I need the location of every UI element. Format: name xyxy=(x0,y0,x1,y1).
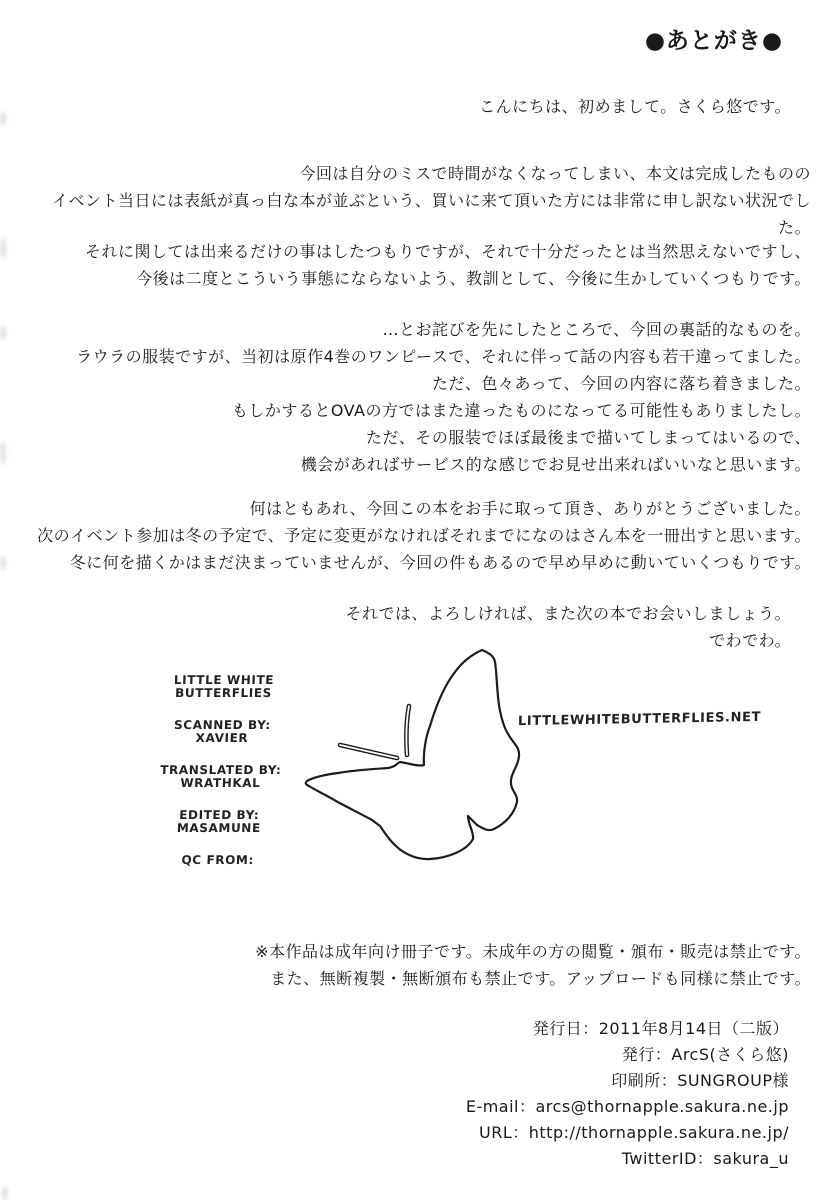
afterword-paragraph: 今回は自分のミスで時間がなくなってしまい、本文は完成したものの イベント当日には… xyxy=(36,160,811,241)
afterword-line: ただ、その服装でほぼ最後まで描いてしまってはいるので、 xyxy=(36,424,811,451)
credit-group-line: BUTTERFLIES xyxy=(151,687,296,700)
credit-scanned: SCANNED BY: XAVIER xyxy=(149,719,295,745)
butterfly-outline xyxy=(306,650,519,859)
afterword-line: ラウラの服装ですが、当初は原作4巻のワンピースで、それに伴って話の内容も若干違っ… xyxy=(36,343,811,370)
butterfly-antenna-inner xyxy=(340,745,397,758)
afterword-page: ●あとがき● こんにちは、初めまして。さくら悠です。 今回は自分のミスで時間がな… xyxy=(0,0,823,1200)
credit-translated: TRANSLATED BY: WRATHKAL xyxy=(148,764,294,790)
credit-group-name: LITTLE WHITE BUTTERFLIES xyxy=(151,674,297,700)
notice-line: ※本作品は成年向け冊子です。未成年の方の閲覧・頒布・販売は禁止です。 xyxy=(36,938,811,965)
credit-role-name: XAVIER xyxy=(149,732,294,745)
afterword-paragraph: 何はともあれ、今回この本をお手に取って頂き、ありがとうございました。 次のイベン… xyxy=(36,495,811,576)
colophon-printer: 印刷所：SUNGROUP様 xyxy=(36,1068,789,1094)
afterword-paragraph: …とお詫びを先にしたところで、今回の裏話的なものを。 ラウラの服装ですが、当初は… xyxy=(36,316,811,478)
credit-qc: QC FROM: xyxy=(145,854,290,867)
afterword-line: 今後は二度とこういう事態にならないよう、教訓として、今後に生かしていくつもりです… xyxy=(36,265,811,292)
colophon: 発行日：2011年8月14日（二版） 発行：ArcS(さくら悠) 印刷所：SUN… xyxy=(36,1016,811,1172)
credit-role-label: QC FROM: xyxy=(145,854,290,867)
afterword-line: …とお詫びを先にしたところで、今回の裏話的なものを。 xyxy=(36,316,811,343)
greeting-line: こんにちは、初めまして。さくら悠です。 xyxy=(36,93,811,120)
afterword-line: 次のイベント参加は冬の予定で、予定に変更がなければそれまでになのはさん本を一冊出… xyxy=(36,522,811,549)
scan-artifact xyxy=(2,1186,8,1200)
afterword-line: もしかするとOVAの方ではまた違ったものになってる可能性もありましたし。 xyxy=(36,397,811,424)
afterword-line: 冬に何を描くかはまだ決まっていませんが、今回の件もあるので早め早めに動いていくつ… xyxy=(36,549,811,576)
translation-credits: LITTLE WHITE BUTTERFLIES SCANNED BY: XAV… xyxy=(144,674,296,886)
colophon-publish-date: 発行日：2011年8月14日（二版） xyxy=(36,1016,789,1042)
colophon-email: E-mail：arcs@thornapple.sakura.ne.jp xyxy=(36,1094,789,1120)
afterword-line: イベント当日には表紙が真っ白な本が並ぶという、買いに来て頂いた方には非常に申し訳… xyxy=(36,187,811,241)
afterword-line: それでは、よろしければ、また次の本でお会いしましょう。 xyxy=(36,600,791,627)
age-restriction-notice: ※本作品は成年向け冊子です。未成年の方の閲覧・頒布・販売は禁止です。 また、無断… xyxy=(36,938,811,992)
scan-artifact xyxy=(0,112,6,126)
afterword-line: 機会があればサービス的な感じでお見せ出来ればいいなと思います。 xyxy=(36,451,811,478)
scan-artifact xyxy=(0,442,6,464)
credit-edited: EDITED BY: MASAMUNE xyxy=(146,809,292,835)
colophon-url: URL：http://thornapple.sakura.ne.jp/ xyxy=(36,1120,789,1146)
scan-artifact xyxy=(0,326,6,340)
scan-artifact xyxy=(0,556,6,570)
scan-artifact xyxy=(0,238,6,258)
website-label: LITTLEWHITEBUTTERFLIES.NET xyxy=(518,710,761,729)
afterword-line: 何はともあれ、今回この本をお手に取って頂き、ありがとうございました。 xyxy=(36,495,811,522)
colophon-publisher: 発行：ArcS(さくら悠) xyxy=(36,1042,789,1068)
butterfly-line-art xyxy=(293,644,530,864)
page-title: ●あとがき● xyxy=(36,22,783,55)
colophon-twitter: TwitterID：sakura_u xyxy=(36,1146,789,1172)
afterword-paragraph: それに関しては出来るだけの事はしたつもりですが、それで十分だったとは当然思えない… xyxy=(36,238,811,292)
credit-role-name: WRATHKAL xyxy=(148,777,293,790)
notice-line: また、無断複製・無断頒布も禁止です。アップロードも同様に禁止です。 xyxy=(36,965,811,992)
credit-role-name: MASAMUNE xyxy=(146,822,291,835)
afterword-line: それに関しては出来るだけの事はしたつもりですが、それで十分だったとは当然思えない… xyxy=(36,238,811,265)
afterword-line: ただ、色々あって、今回の内容に落ち着きました。 xyxy=(36,370,811,397)
afterword-line: 今回は自分のミスで時間がなくなってしまい、本文は完成したものの xyxy=(36,160,811,187)
